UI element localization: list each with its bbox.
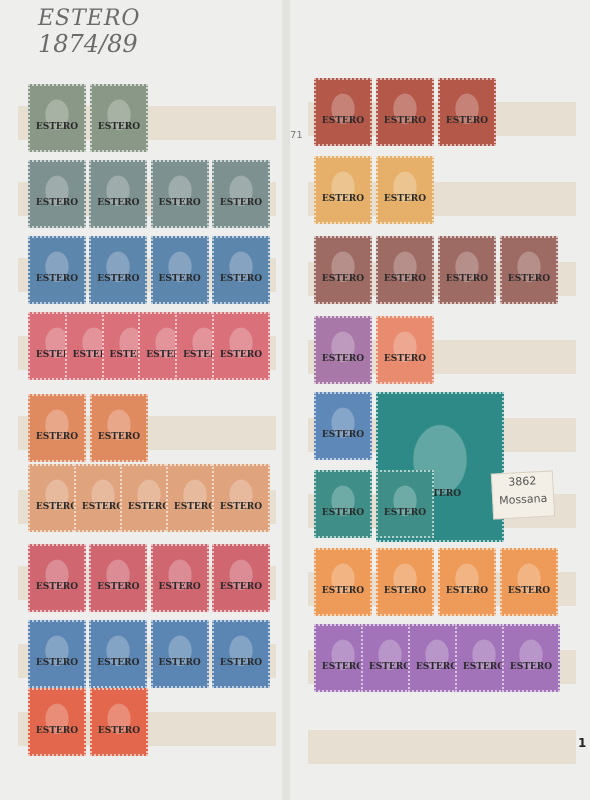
stamp: ESTERO xyxy=(314,236,372,304)
stamp: ESTERO xyxy=(28,688,86,756)
stamp-overprint: ESTERO xyxy=(30,658,84,668)
stamp: ESTERO xyxy=(500,548,558,616)
stamp: ESTERO xyxy=(89,236,147,304)
stamp-overprint: ESTERO xyxy=(91,274,145,284)
stamp-overprint: ESTERO xyxy=(91,658,145,668)
stamp: ESTERO xyxy=(212,236,270,304)
stamp-overprint: ESTERO xyxy=(214,502,268,512)
stamp: ESTERO xyxy=(151,620,209,688)
stamp: ESTERO xyxy=(376,156,434,224)
stamp: ESTERO xyxy=(212,160,270,228)
stamp-overprint: ESTERO xyxy=(378,116,432,126)
stamp-overprint: ESTERO xyxy=(440,586,494,596)
stamp-overprint: ESTERO xyxy=(30,274,84,284)
stamp-overprint: ESTERO xyxy=(214,198,268,208)
dealer-label: 3862 Mossana xyxy=(491,470,555,519)
stamp: ESTERO xyxy=(89,620,147,688)
stamp-overprint: ESTERO xyxy=(378,354,432,364)
stamp-overprint: ESTERO xyxy=(378,508,432,518)
stamp-overprint: ESTERO xyxy=(30,198,84,208)
stamp: ESTERO xyxy=(376,236,434,304)
stamp: ESTERO xyxy=(151,236,209,304)
page-number: 1 xyxy=(578,736,586,750)
stamp: ESTERO xyxy=(28,84,86,152)
stamp: ESTERO xyxy=(314,316,372,384)
stamp: ESTERO xyxy=(89,160,147,228)
stamp-overprint: ESTERO xyxy=(316,274,370,284)
stamp-overprint: ESTERO xyxy=(502,586,556,596)
stamp-overprint: ESTERO xyxy=(214,582,268,592)
stamp-overprint: ESTERO xyxy=(153,198,207,208)
stamp-overprint: ESTERO xyxy=(316,116,370,126)
stamp: ESTERO xyxy=(28,544,86,612)
stamp: ESTERO xyxy=(28,236,86,304)
stamp-overprint: ESTERO xyxy=(91,582,145,592)
stamp: ESTERO xyxy=(28,620,86,688)
stamp: ESTERO xyxy=(376,78,434,146)
margin-mark: 71 xyxy=(290,130,303,141)
stamp: ESTERO xyxy=(314,78,372,146)
stamp-overprint: ESTERO xyxy=(153,658,207,668)
stamp-overprint: ESTERO xyxy=(502,274,556,284)
stamp: ESTERO xyxy=(314,156,372,224)
stamp: ESTERO xyxy=(438,78,496,146)
stamp-overprint: ESTERO xyxy=(316,508,370,518)
stamp-overprint: ESTERO xyxy=(30,122,84,132)
stamp-overprint: ESTERO xyxy=(30,582,84,592)
stamp: ESTERO xyxy=(500,236,558,304)
stamp: ESTERO xyxy=(90,84,148,152)
stamp-overprint: ESTERO xyxy=(92,122,146,132)
stamp: ESTERO xyxy=(314,548,372,616)
stamp-overprint: ESTERO xyxy=(30,432,84,442)
stamp-overprint: ESTERO xyxy=(153,274,207,284)
stamp: ESTERO xyxy=(89,544,147,612)
stamp-overprint: ESTERO xyxy=(316,430,370,440)
stamp-overprint: ESTERO xyxy=(91,198,145,208)
heading-estero: ESTERO xyxy=(38,6,140,31)
heading-years: 1874/89 xyxy=(38,30,138,58)
stamp-overprint: ESTERO xyxy=(214,350,268,360)
album-gutter xyxy=(282,0,290,800)
stamp-overprint: ESTERO xyxy=(440,274,494,284)
stamp: ESTERO xyxy=(438,548,496,616)
stamp: ESTERO xyxy=(151,544,209,612)
stamp: ESTERO xyxy=(376,316,434,384)
stamp-overprint: ESTERO xyxy=(153,582,207,592)
stamp: ESTERO xyxy=(90,394,148,462)
stamp-overprint: ESTERO xyxy=(378,194,432,204)
stamp: ESTERO xyxy=(212,620,270,688)
stamp: ESTERO xyxy=(212,464,270,532)
stamp: ESTERO xyxy=(376,470,434,538)
stamp: ESTERO xyxy=(28,160,86,228)
stamp-overprint: ESTERO xyxy=(30,726,84,736)
stamp-overprint: ESTERO xyxy=(504,662,558,672)
stamp: ESTERO xyxy=(212,312,270,380)
stamp-overprint: ESTERO xyxy=(214,658,268,668)
dealer-label-name: Mossana xyxy=(493,489,554,510)
stamp: ESTERO xyxy=(28,394,86,462)
stamp: ESTERO xyxy=(376,548,434,616)
stamp: ESTERO xyxy=(502,624,560,692)
stamp-overprint: ESTERO xyxy=(92,726,146,736)
stamp-overprint: ESTERO xyxy=(316,586,370,596)
stamp-overprint: ESTERO xyxy=(214,274,268,284)
stamp-overprint: ESTERO xyxy=(378,274,432,284)
stamp-overprint: ESTERO xyxy=(92,432,146,442)
stamp: ESTERO xyxy=(314,470,372,538)
stamp-overprint: ESTERO xyxy=(316,194,370,204)
stamp-overprint: ESTERO xyxy=(316,354,370,364)
stock-strip xyxy=(308,730,576,764)
stamp: ESTERO xyxy=(151,160,209,228)
stamp-overprint: ESTERO xyxy=(440,116,494,126)
stamp-overprint: ESTERO xyxy=(378,586,432,596)
stamp: ESTERO xyxy=(438,236,496,304)
stamp: ESTERO xyxy=(212,544,270,612)
stamp: ESTERO xyxy=(314,392,372,460)
stamp: ESTERO xyxy=(90,688,148,756)
